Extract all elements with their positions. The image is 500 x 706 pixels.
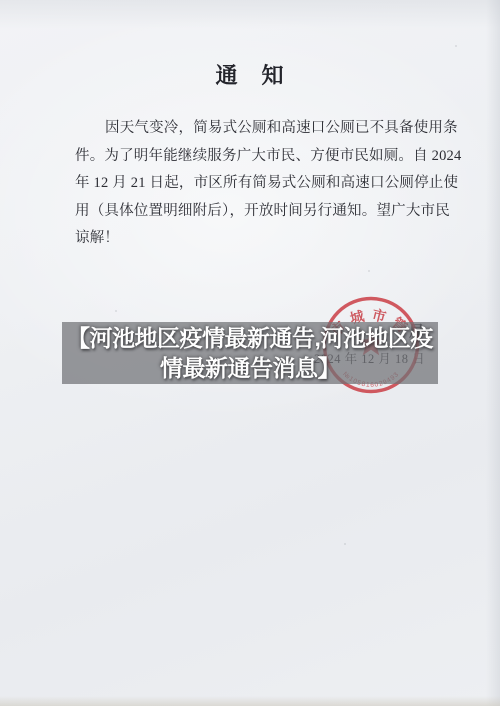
paper-shading-top	[0, 0, 500, 28]
notice-body-line: 因天气变冷，简易式公厕和高速口公厕已不具备使用条	[75, 115, 435, 143]
notice-body-line: 用（具体位置明细附后），开放时间另行通知。望广大市民	[75, 198, 435, 226]
notice-body-line: 谅解！	[75, 225, 435, 253]
paper-speckle	[344, 543, 346, 545]
paper-speckle	[455, 45, 457, 47]
notice-body: 因天气变冷，简易式公厕和高速口公厕已不具备使用条 件。为了明年能继续服务广大市民…	[75, 115, 435, 253]
notice-body-line: 年 12 月 21 日起，市区所有简易式公厕和高速口公厕停止使	[75, 170, 435, 198]
caption-line-2: 情最新通告消息】	[62, 353, 438, 383]
caption-line-1: 【河池地区疫情最新通告,河池地区疫	[62, 323, 438, 353]
paper-speckle	[115, 310, 117, 312]
paper-bottom-edge	[0, 696, 500, 706]
caption-overlay: 【河池地区疫情最新通告,河池地区疫 情最新通告消息】	[62, 322, 438, 384]
paper-shading-right	[486, 0, 500, 706]
notice-body-line: 件。为了明年能继续服务广大市民、方便市民如厕。自 2024	[75, 143, 435, 171]
notice-title: 通 知	[0, 59, 500, 90]
notice-photo: 通 知 因天气变冷，简易式公厕和高速口公厕已不具备使用条 件。为了明年能继续服务…	[0, 0, 500, 706]
paper-speckle	[368, 270, 370, 272]
